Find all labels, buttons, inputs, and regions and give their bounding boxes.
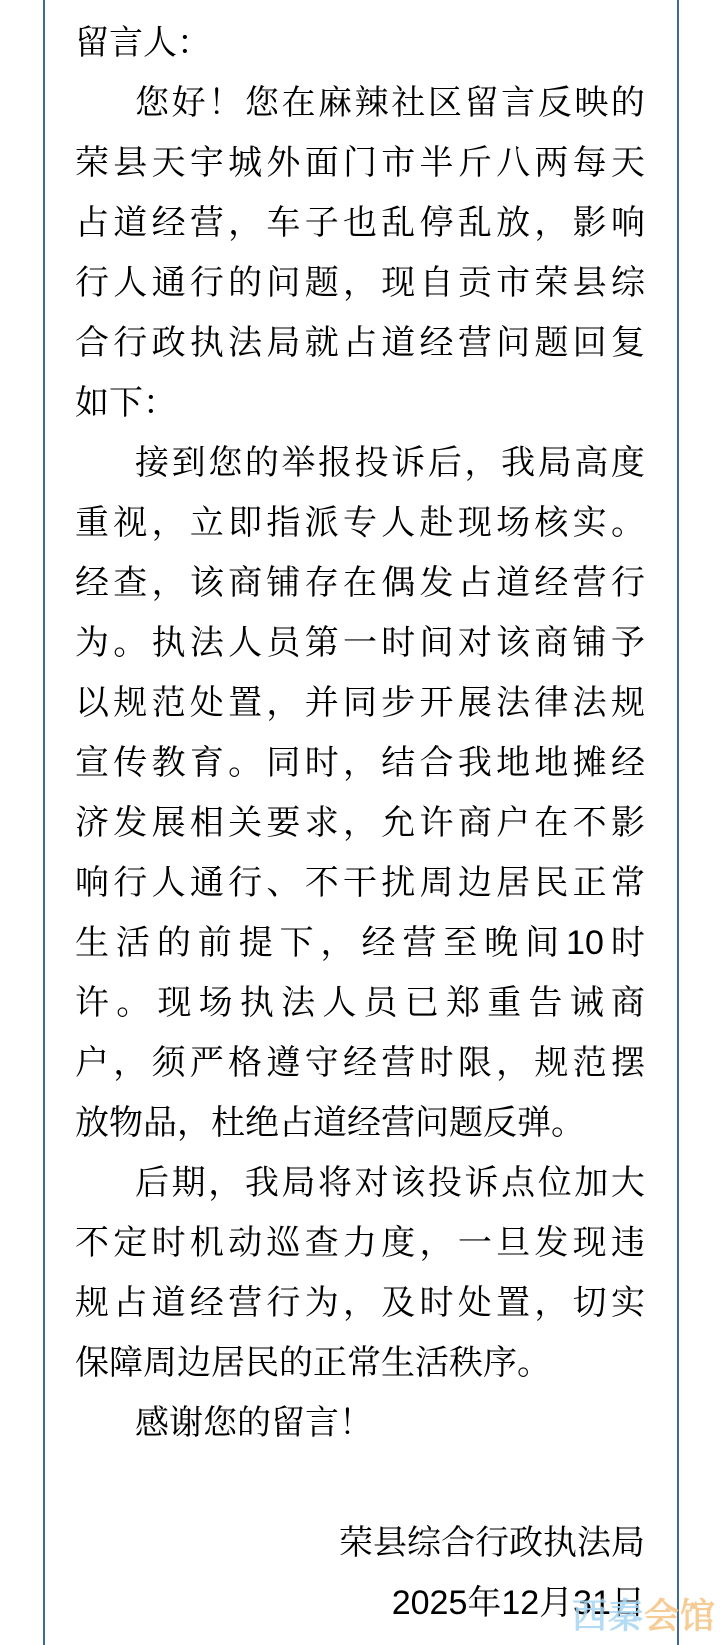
date-line: 2025年12月31日 — [75, 1573, 645, 1633]
text-line: 为。执法人员第一时间对该商铺予 — [75, 613, 645, 673]
text-line: 济发展相关要求，允许商户在不影 — [75, 793, 645, 853]
text-line: 如下： — [75, 373, 645, 433]
text-line: 响行人通行、不干扰周边居民正常 — [75, 853, 645, 913]
text-line: 许。现场执法人员已郑重告诫商 — [75, 973, 645, 1033]
signature-line: 荣县综合行政执法局 — [75, 1513, 645, 1573]
text-line: 重视，立即指派专人赴现场核实。 — [75, 493, 645, 553]
text-line: 经查，该商铺存在偶发占道经营行 — [75, 553, 645, 613]
text-line: 行人通行的问题，现自贡市荣县综 — [75, 253, 645, 313]
text-line: 感谢您的留言！ — [75, 1393, 645, 1453]
text-line: 放物品，杜绝占道经营问题反弹。 — [75, 1093, 645, 1153]
text-line: 占道经营，车子也乱停乱放，影响 — [75, 193, 645, 253]
spacer-line — [75, 1453, 645, 1513]
text-line: 规占道经营行为，及时处置，切实 — [75, 1273, 645, 1333]
reply-document: 留言人：您好！您在麻辣社区留言反映的荣县天宇城外面门市半斤八两每天占道经营，车子… — [0, 0, 720, 1645]
text-line: 保障周边居民的正常生活秩序。 — [75, 1333, 645, 1393]
text-line: 不定时机动巡查力度，一旦发现违 — [75, 1213, 645, 1273]
document-body: 留言人：您好！您在麻辣社区留言反映的荣县天宇城外面门市半斤八两每天占道经营，车子… — [75, 13, 645, 1633]
text-line: 接到您的举报投诉后，我局高度 — [75, 433, 645, 493]
text-line: 生活的前提下，经营至晚间10时 — [75, 913, 645, 973]
watermark: 西秦会馆 — [572, 1589, 716, 1639]
text-line: 荣县天宇城外面门市半斤八两每天 — [75, 133, 645, 193]
text-line: 合行政执法局就占道经营问题回复 — [75, 313, 645, 373]
text-line: 后期，我局将对该投诉点位加大 — [75, 1153, 645, 1213]
right-border-line — [677, 0, 679, 1645]
watermark-text-blue: 西秦 — [572, 1597, 644, 1636]
text-line: 以规范处置，并同步开展法律法规 — [75, 673, 645, 733]
recipient-line: 留言人： — [75, 13, 645, 73]
text-line: 宣传教育。同时，结合我地地摊经 — [75, 733, 645, 793]
text-line: 户，须严格遵守经营时限，规范摆 — [75, 1033, 645, 1093]
left-border-line — [43, 0, 45, 1645]
watermark-text-orange: 会馆 — [644, 1597, 716, 1636]
text-line: 您好！您在麻辣社区留言反映的 — [75, 73, 645, 133]
